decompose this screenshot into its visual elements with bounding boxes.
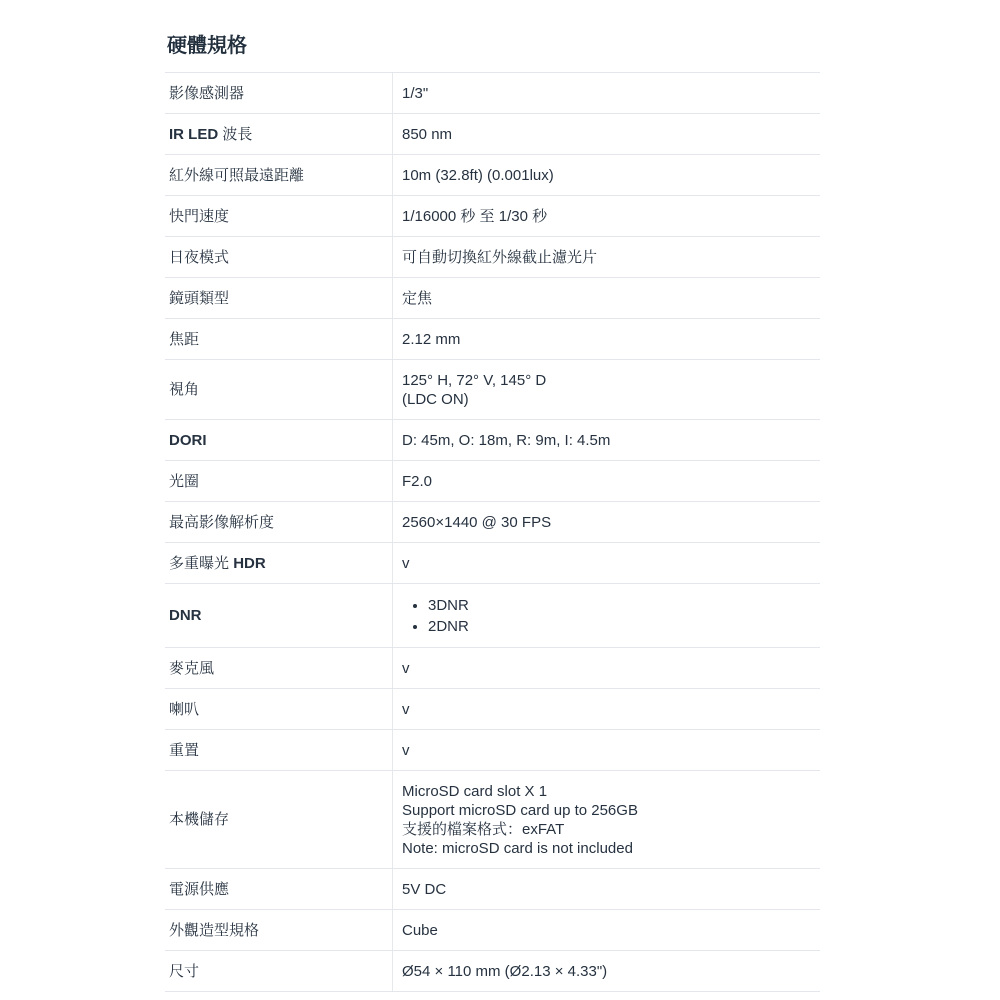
spec-value: 3DNR 2DNR — [393, 584, 820, 647]
spec-label: 光圈 — [165, 461, 393, 501]
spec-value-text: 5V DC — [402, 881, 446, 898]
table-row: 重置 v — [165, 729, 820, 770]
table-row: 紅外線可照最遠距離 10m (32.8ft) (0.001lux) — [165, 154, 820, 195]
spec-value-text: v — [402, 742, 410, 759]
spec-label-text: 外觀造型規格 — [169, 921, 259, 940]
spec-label-text: IR LED 波長 — [169, 125, 252, 144]
spec-label-text: 日夜模式 — [169, 248, 229, 267]
table-row: 電源供應 5V DC — [165, 868, 820, 909]
bullet-list: 3DNR 2DNR — [402, 595, 810, 637]
table-row: 影像感測器 1/3" — [165, 72, 820, 113]
spec-value-text: v — [402, 701, 410, 718]
spec-value: 1/3" — [393, 73, 820, 113]
spec-value: 定焦 — [393, 278, 820, 318]
table-row: 光圈 F2.0 — [165, 460, 820, 501]
spec-value-line: Support microSD card up to 256GB — [402, 801, 810, 820]
table-row: 喇叭 v — [165, 688, 820, 729]
spec-label-bold: IR LED — [169, 126, 218, 143]
spec-label: DORI — [165, 420, 393, 460]
spec-label: IR LED 波長 — [165, 114, 393, 154]
spec-label: 電源供應 — [165, 869, 393, 909]
spec-label-rest: 波長 — [222, 126, 252, 143]
spec-value: 1/16000 秒 至 1/30 秒 — [393, 196, 820, 236]
spec-value-text: v — [402, 660, 410, 677]
bullet-item: 3DNR — [428, 595, 810, 616]
spec-value-line: MicroSD card slot X 1 — [402, 782, 810, 801]
spec-label-text: 焦距 — [169, 330, 199, 349]
spec-value-text: Cube — [402, 922, 438, 939]
spec-label-text: 重置 — [169, 741, 199, 760]
table-row: 本機儲存 MicroSD card slot X 1 Support micro… — [165, 770, 820, 868]
spec-label: 鏡頭類型 — [165, 278, 393, 318]
spec-label-text: 快門速度 — [169, 207, 229, 226]
spec-label-text: 電源供應 — [169, 880, 229, 899]
bullet-item: 2DNR — [428, 616, 810, 637]
table-row: 麥克風 v — [165, 647, 820, 688]
spec-value-text: Ø54 × 110 mm (Ø2.13 × 4.33") — [402, 963, 607, 980]
spec-value-text: v — [402, 555, 410, 572]
table-row: 尺寸 Ø54 × 110 mm (Ø2.13 × 4.33") — [165, 950, 820, 991]
table-row: 鏡頭類型 定焦 — [165, 277, 820, 318]
table-row: DNR 3DNR 2DNR — [165, 583, 820, 647]
spec-value-text: F2.0 — [402, 473, 432, 490]
spec-label: 本機儲存 — [165, 771, 393, 868]
spec-value: F2.0 — [393, 461, 820, 501]
spec-label-text: 尺寸 — [169, 962, 199, 981]
table-row: 外觀造型規格 Cube — [165, 909, 820, 950]
spec-value-text: 定焦 — [402, 290, 432, 307]
spec-value: 850 nm — [393, 114, 820, 154]
spec-value-text: 2.12 mm — [402, 331, 460, 348]
spec-value: 2.12 mm — [393, 319, 820, 359]
spec-label: 紅外線可照最遠距離 — [165, 155, 393, 195]
spec-label: 尺寸 — [165, 951, 393, 991]
spec-value-text: 10m (32.8ft) (0.001lux) — [402, 167, 554, 184]
spec-label: 重置 — [165, 730, 393, 770]
spec-label-text: 光圈 — [169, 472, 199, 491]
spec-label-text: 紅外線可照最遠距離 — [169, 166, 304, 185]
spec-value: 10m (32.8ft) (0.001lux) — [393, 155, 820, 195]
spec-value-text: 2560×1440 @ 30 FPS — [402, 514, 551, 531]
table-row: 快門速度 1/16000 秒 至 1/30 秒 — [165, 195, 820, 236]
spec-label: 焦距 — [165, 319, 393, 359]
table-row: 焦距 2.12 mm — [165, 318, 820, 359]
spec-value: 5V DC — [393, 869, 820, 909]
spec-value-text: D: 45m, O: 18m, R: 9m, I: 4.5m — [402, 432, 610, 449]
spec-label-text: 視角 — [169, 380, 199, 399]
spec-value-line: (LDC ON) — [402, 390, 810, 409]
spec-value: 125° H, 72° V, 145° D (LDC ON) — [393, 360, 820, 419]
spec-label: 快門速度 — [165, 196, 393, 236]
spec-label-text: DORI — [169, 431, 207, 450]
spec-label: 多重曝光 HDR — [165, 543, 393, 583]
spec-label-text: DNR — [169, 606, 202, 625]
spec-value: Ø54 × 110 mm (Ø2.13 × 4.33") — [393, 951, 820, 991]
page-title: 硬體規格 — [167, 34, 820, 58]
spec-value: 可自動切換紅外線截止濾光片 — [393, 237, 820, 277]
spec-label-text: 麥克風 — [169, 659, 214, 678]
spec-value: v — [393, 689, 820, 729]
spec-label-text: 喇叭 — [169, 700, 199, 719]
spec-label-text: 影像感測器 — [169, 84, 244, 103]
spec-value-text: 可自動切換紅外線截止濾光片 — [402, 249, 597, 266]
spec-label-text: 多重曝光 HDR — [169, 554, 266, 573]
table-row: 日夜模式 可自動切換紅外線截止濾光片 — [165, 236, 820, 277]
spec-table: 影像感測器 1/3" IR LED 波長 850 nm 紅外線可照最遠距離 10… — [165, 72, 820, 992]
table-row: 最高影像解析度 2560×1440 @ 30 FPS — [165, 501, 820, 542]
spec-value: MicroSD card slot X 1 Support microSD ca… — [393, 771, 820, 868]
spec-label-bold: HDR — [233, 555, 266, 572]
spec-label-text: 本機儲存 — [169, 810, 229, 829]
spec-label: 影像感測器 — [165, 73, 393, 113]
spec-section: 硬體規格 影像感測器 1/3" IR LED 波長 850 nm 紅外線可照最遠… — [165, 34, 820, 992]
spec-value-text: 1/16000 秒 至 1/30 秒 — [402, 208, 547, 225]
spec-label: 視角 — [165, 360, 393, 419]
spec-label: 最高影像解析度 — [165, 502, 393, 542]
spec-label: 麥克風 — [165, 648, 393, 688]
spec-label: DNR — [165, 584, 393, 647]
table-row: 視角 125° H, 72° V, 145° D (LDC ON) — [165, 359, 820, 419]
spec-label: 日夜模式 — [165, 237, 393, 277]
spec-value: 2560×1440 @ 30 FPS — [393, 502, 820, 542]
spec-value-text: 1/3" — [402, 85, 428, 102]
spec-value: v — [393, 543, 820, 583]
spec-value-text: 850 nm — [402, 126, 452, 143]
spec-label-text: 最高影像解析度 — [169, 513, 274, 532]
table-row: DORI D: 45m, O: 18m, R: 9m, I: 4.5m — [165, 419, 820, 460]
spec-value: D: 45m, O: 18m, R: 9m, I: 4.5m — [393, 420, 820, 460]
spec-label: 喇叭 — [165, 689, 393, 729]
spec-value-line: 125° H, 72° V, 145° D — [402, 371, 810, 390]
table-row: IR LED 波長 850 nm — [165, 113, 820, 154]
spec-value: Cube — [393, 910, 820, 950]
spec-value-line: Note: microSD card is not included — [402, 839, 810, 858]
spec-label-text: 鏡頭類型 — [169, 289, 229, 308]
spec-value-line: 支援的檔案格式：exFAT — [402, 820, 810, 839]
spec-label: 外觀造型規格 — [165, 910, 393, 950]
spec-label-rest: 多重曝光 — [169, 555, 229, 572]
spec-value: v — [393, 648, 820, 688]
table-row: 多重曝光 HDR v — [165, 542, 820, 583]
spec-value: v — [393, 730, 820, 770]
